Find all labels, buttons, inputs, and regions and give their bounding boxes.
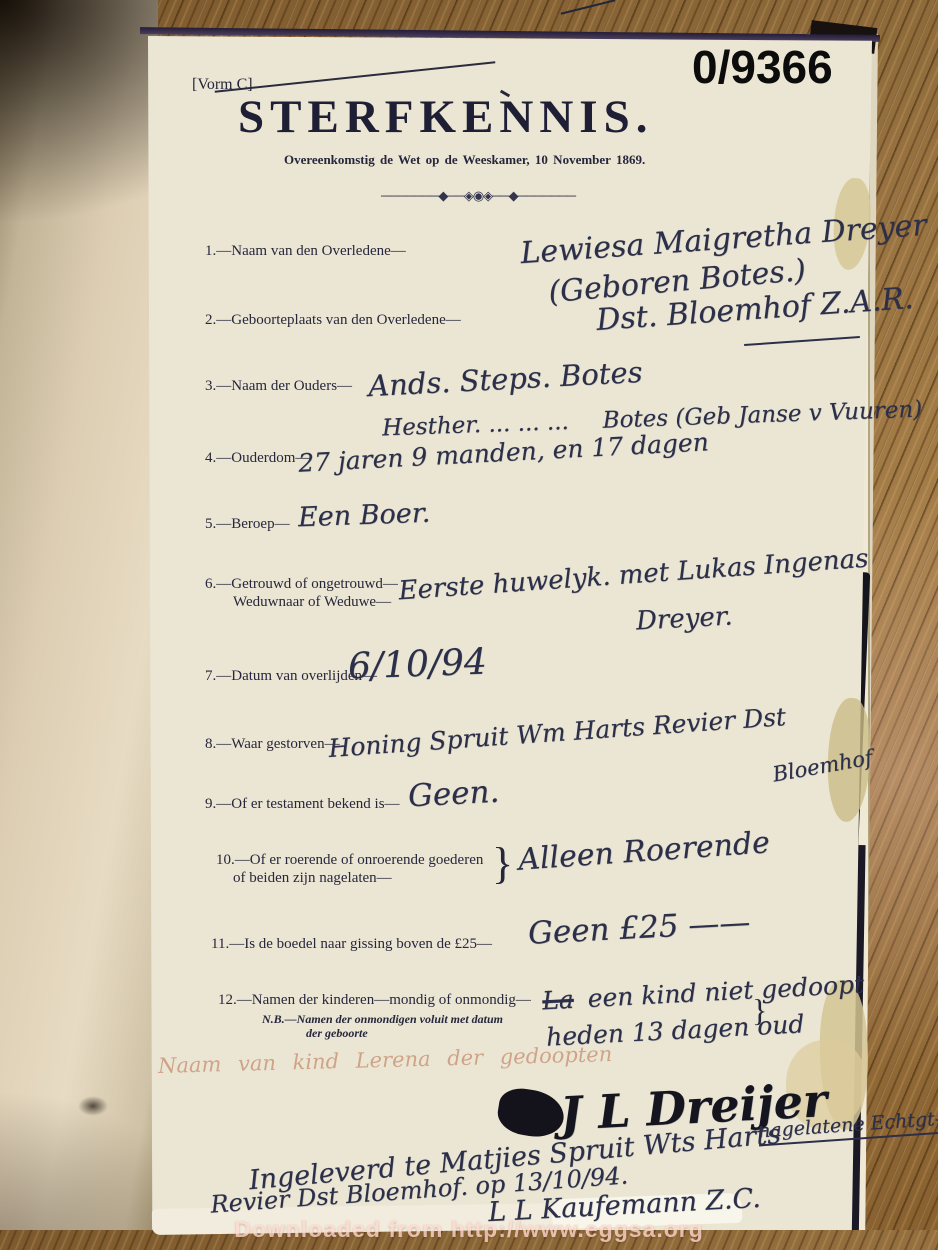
- field-2-label: 2.—Geboorteplaats van den Overledene—: [205, 312, 461, 329]
- printed-brace: }: [492, 838, 513, 889]
- field-10-label-line2: of beiden zijn nagelaten—: [233, 870, 392, 887]
- field-5-value: Een Boer.: [297, 498, 430, 534]
- field-6-label-line2: Weduwnaar of Weduwe—: [233, 594, 391, 611]
- document-title: STERFKENNIS.: [238, 90, 653, 144]
- field-5-label: 5.—Beroep—: [205, 516, 290, 533]
- spacer: [569, 428, 603, 429]
- smudge-stain: [78, 1096, 108, 1116]
- field-8-label: 8.—Waar gestorven—: [205, 736, 340, 753]
- field-6-value-line2: Dreyer.: [635, 601, 733, 636]
- document-subtitle: Overeenkomstig de Wet op de Weeskamer, 1…: [284, 152, 645, 168]
- field-12-nb-note: N.B.—Namen der onmondigen voluit met dat…: [262, 1012, 503, 1027]
- struck-out-word: La: [541, 985, 574, 1016]
- website-watermark: Downloaded from http://www.eggsa.org: [0, 1216, 938, 1243]
- ornament-divider: ───────◆──◈◉◈──◆───────: [348, 188, 608, 204]
- photo-of-death-notice-document: [Vorm C] STERFKENNIS. Overeenkomstig de …: [0, 0, 938, 1250]
- field-10-label: 10.—Of er roerende of onroerende goedere…: [216, 852, 483, 869]
- field-3-label: 3.—Naam der Ouders—: [205, 378, 352, 395]
- field-12-label: 12.—Namen der kinderen—mondig of onmondi…: [218, 992, 531, 1009]
- field-11-label: 11.—Is de boedel naar gissing boven de £…: [211, 936, 492, 953]
- field-6-label: 6.—Getrouwd of ongetrouwd—: [205, 576, 398, 593]
- field-1-label: 1.—Naam van den Overledene—: [205, 243, 406, 260]
- shadowed-facing-page: [0, 0, 158, 1250]
- field-7-value: 6/10/94: [347, 642, 487, 688]
- pen-stroke: [561, 0, 616, 15]
- field-9-label: 9.—Of er testament bekend is—: [205, 796, 400, 813]
- ink-blot: [528, 1122, 544, 1136]
- field-4-label: 4.—Ouderdom—: [205, 450, 310, 467]
- field-9-value: Geen.: [407, 774, 500, 815]
- catalog-number-stamp: 0/9366: [692, 40, 833, 94]
- field-12-nb-note-line2: der geboorte: [306, 1026, 368, 1041]
